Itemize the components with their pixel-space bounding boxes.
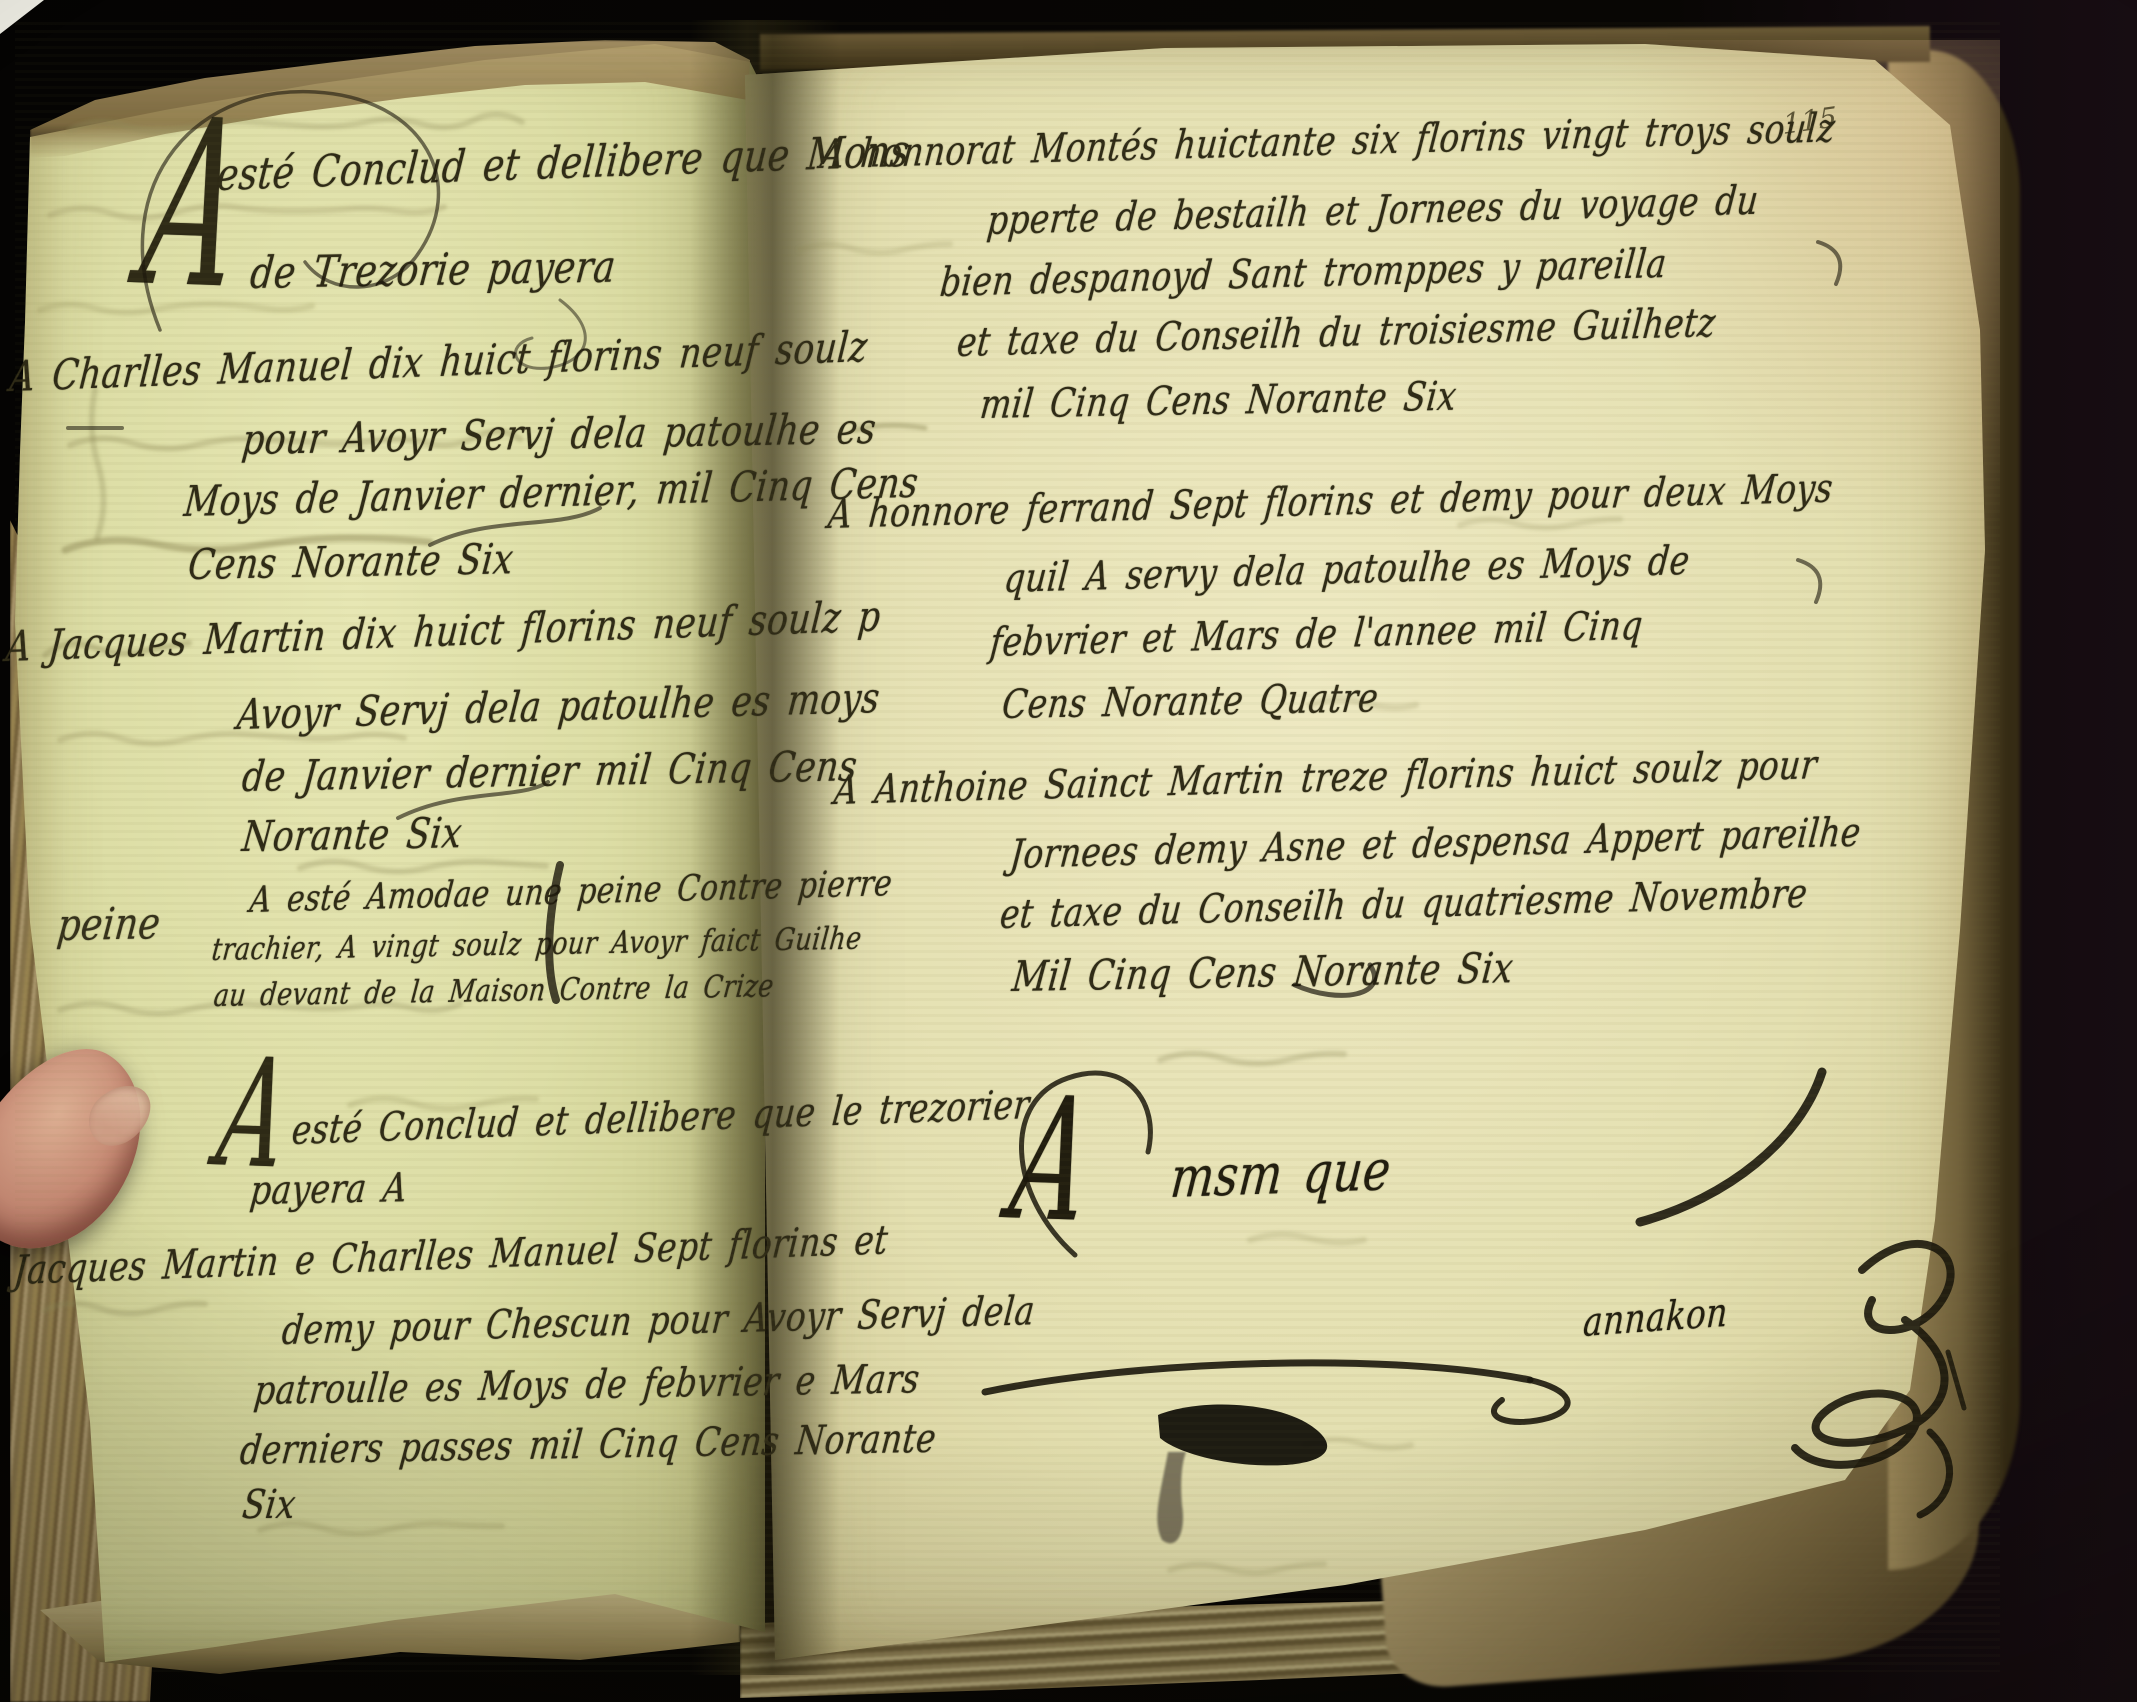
photo-vignette (0, 0, 2137, 1702)
manuscript-photo: Aesté Conclud et dellibere que Monsde Tr… (0, 0, 2137, 1702)
